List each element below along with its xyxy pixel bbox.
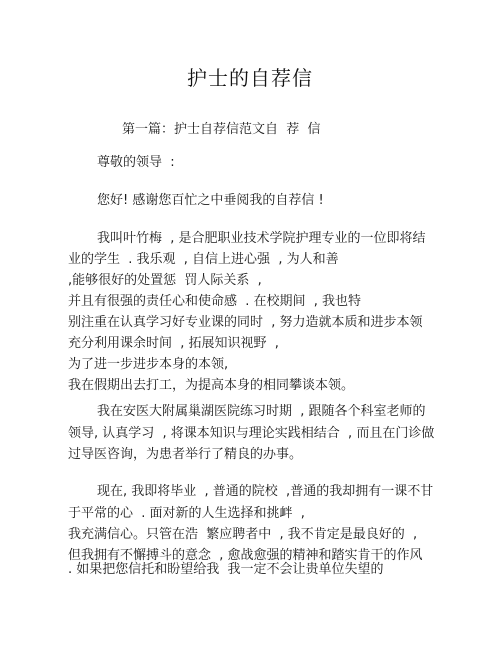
paragraph-line: 我在假期出去打工，为提高本身的相同攀谈本领。 [68, 378, 354, 394]
greeting: 您好! 感谢您百忙之中垂阅我的自荐信 ! [97, 193, 324, 209]
paragraph-line: 充分利用课余时间 , 拓展知识视野 , [68, 336, 279, 352]
paragraph-line: 并且有很强的责任心和使命感 . 在校期间 , 我也特 [68, 294, 361, 310]
paragraph-line: 过导医咨询，为患者举行了精良的办事。 [68, 447, 302, 463]
document-page: 护士的自荐信 第一篇：护士自荐信范文自 荐 信 尊敬的领导 : 您好! 感谢您百… [0, 0, 500, 648]
paragraph-line: 领导, 认真学习 , 将课本知识与理论实践相结合 , 而且在门诊做 [68, 426, 434, 442]
paragraph-line: 我充满信心。只管在浩 繁应聘者中 , 我不肯定是最良好的 , [68, 527, 417, 543]
paragraph-line: 我叫叶竹梅 , 是合肥职业技术学院护理专业的一位即将结 [97, 231, 426, 247]
document-title: 护士的自荐信 [0, 62, 500, 91]
document-subtitle: 第一篇：护士自荐信范文自 荐 信 [122, 118, 321, 137]
salutation: 尊敬的领导 : [97, 155, 175, 171]
paragraph-line: 我在安医大附属巢湖医院练习时期 , 跟随各个科室老师的 [97, 404, 426, 420]
paragraph-line: 于平常的心 . 面对新的人生选择和挑衅 , [68, 506, 305, 522]
paragraph-line: 别注重在认真学习好专业课的同时 , 努力造就本质和进步本领 [68, 315, 423, 331]
paragraph-line: 为了进一步进步本身的本领, [68, 357, 228, 373]
paragraph-line: 业的学生 . 我乐观 , 自信上进心强 , 为人和善 [68, 252, 339, 268]
paragraph-line: . 如果把您信托和盼望给我 我一定不会让贵单位失望的 [68, 562, 384, 578]
paragraph-line: 现在, 我即将毕业 , 普通的院校 ,普通的我却拥有一课不甘 [97, 484, 433, 500]
paragraph-line: ,能够很好的处置惩 罚人际关系 , [68, 273, 262, 289]
